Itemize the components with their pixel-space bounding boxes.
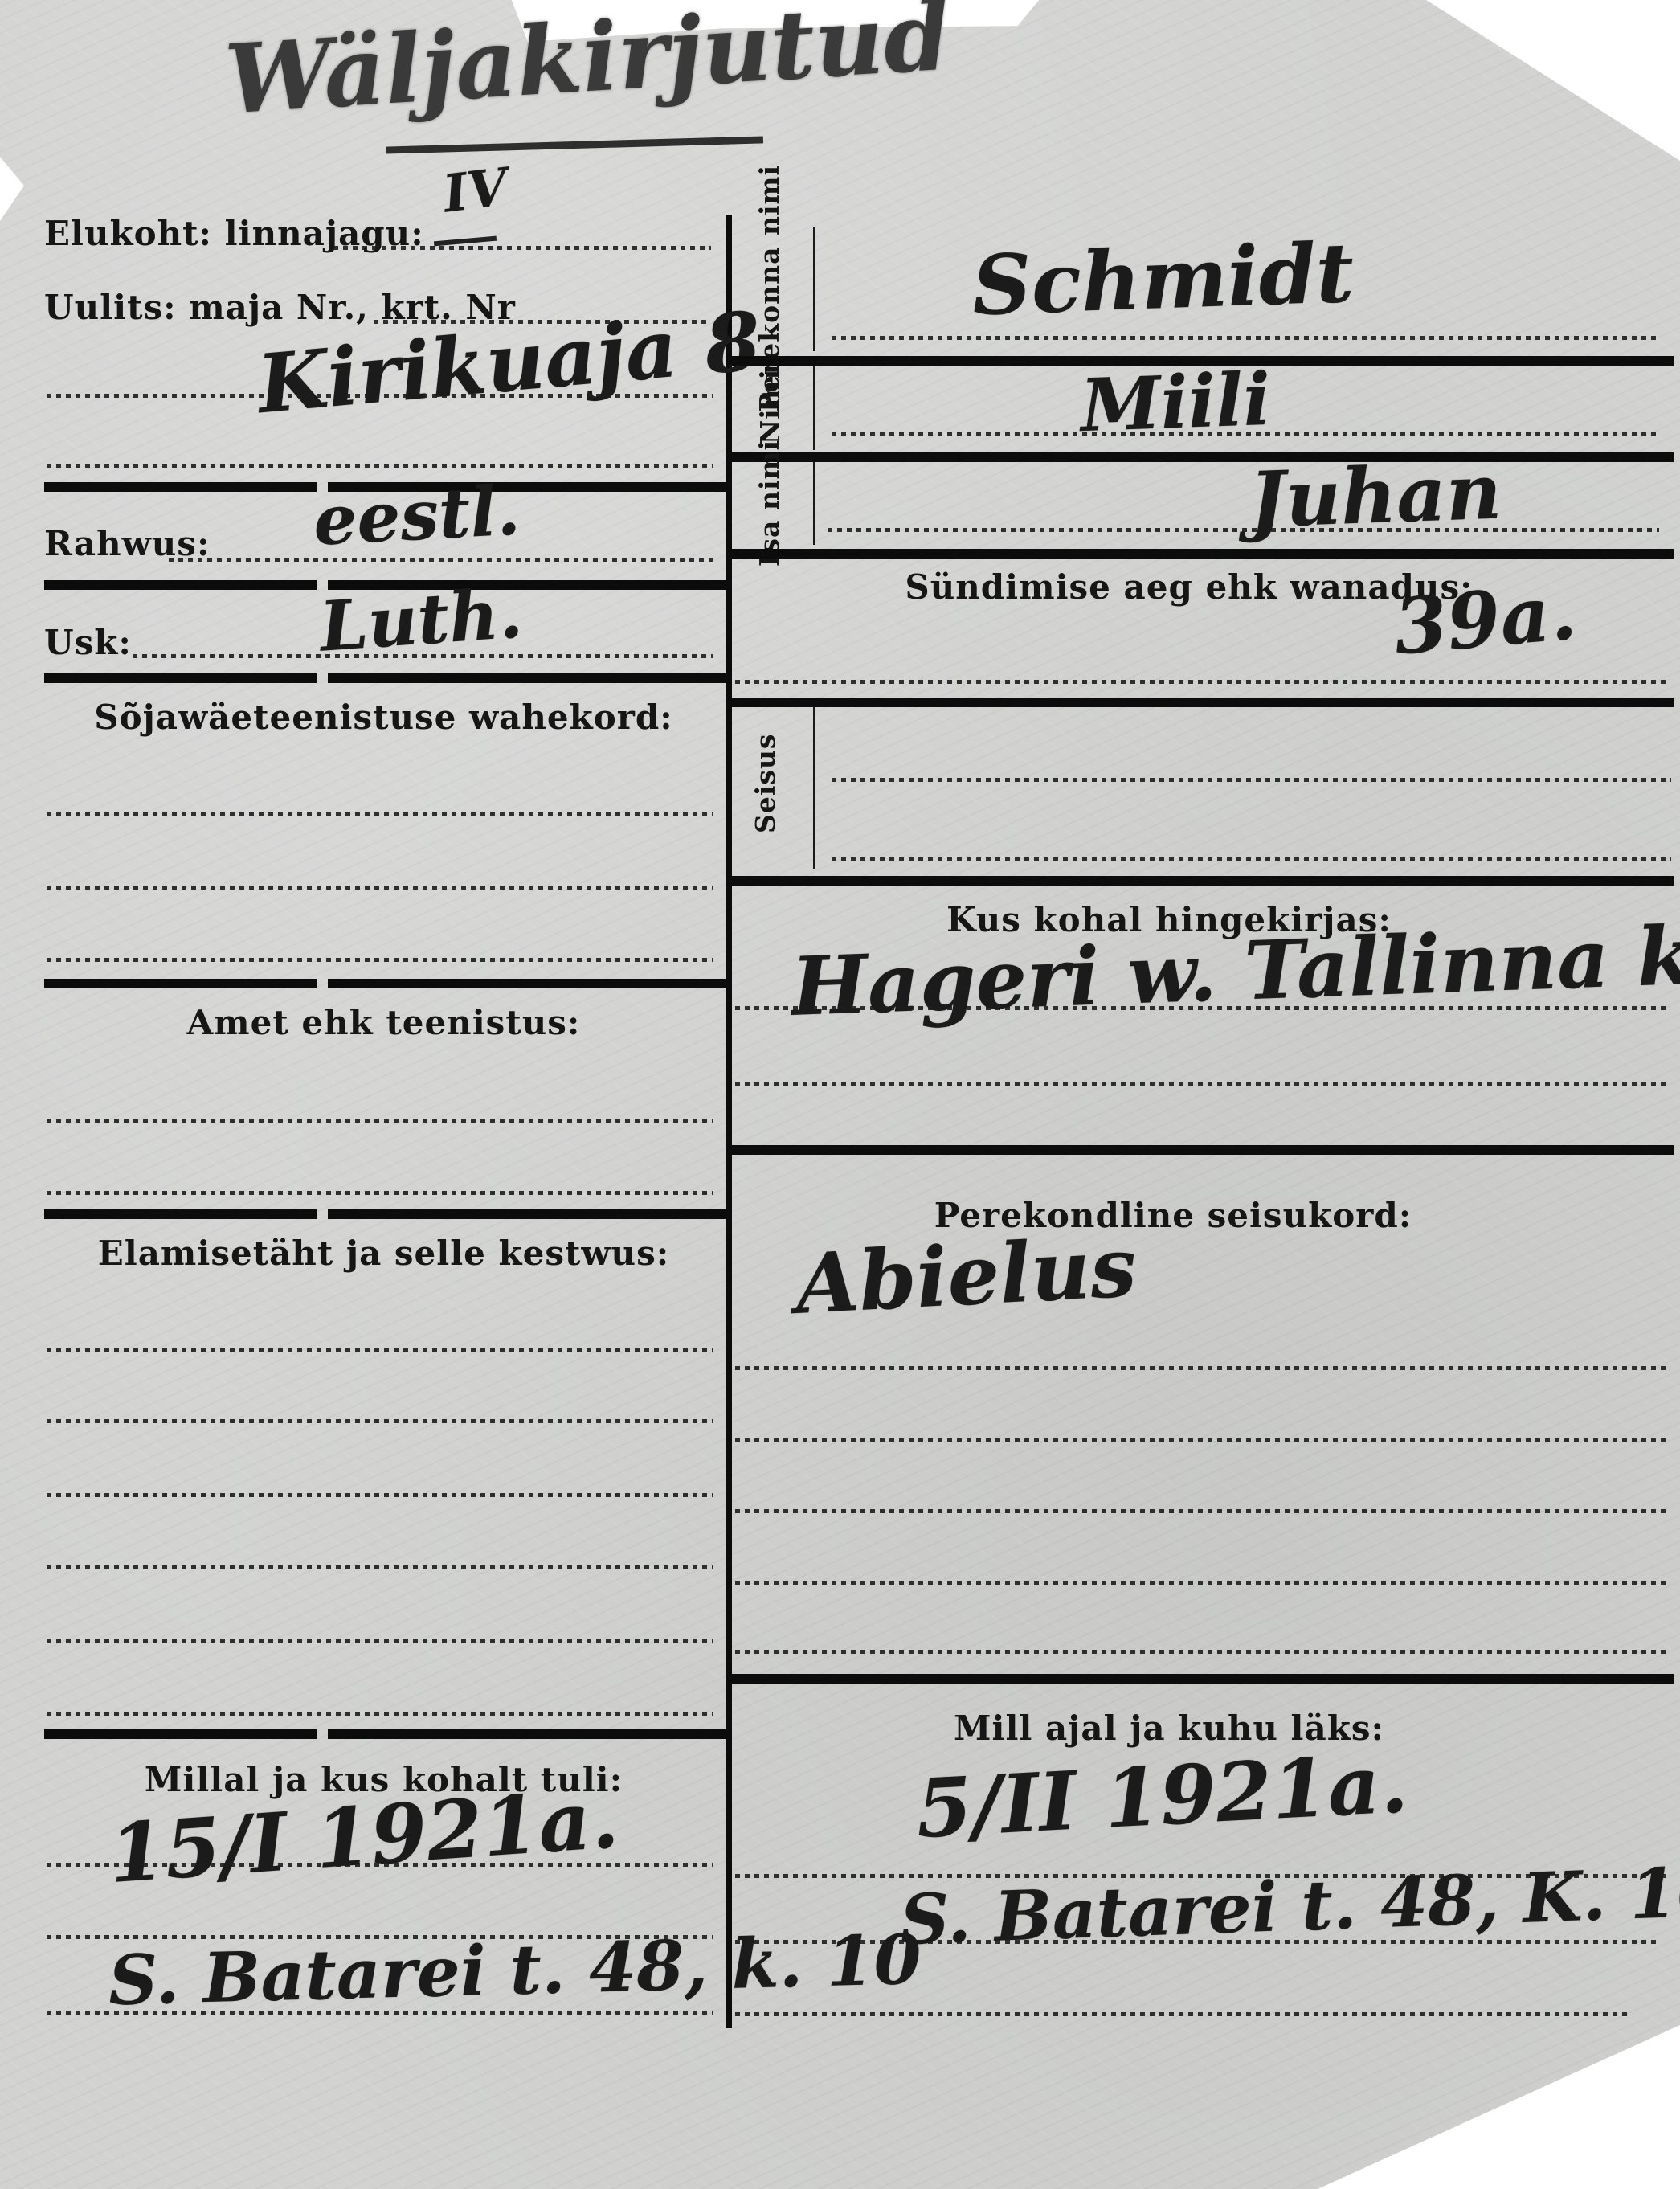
handwritten-age: 39a. — [1391, 567, 1580, 672]
handwritten-firstname: Miili — [1079, 357, 1272, 448]
handwritten-usk-value: Luth. — [317, 573, 525, 667]
row-label-perekonna-nimi: Perekonna nimi — [736, 225, 803, 352]
row-label-isa-nimi: Isa nimi — [736, 462, 803, 544]
paper-edge-top-right — [1426, 0, 1680, 161]
section-rule — [44, 1209, 726, 1219]
dotted-line — [47, 1191, 713, 1195]
dotted-line — [735, 1082, 1667, 1086]
handwritten-iv-underline — [434, 236, 497, 247]
title-underline — [386, 136, 763, 153]
dotted-line — [735, 1006, 1667, 1010]
dotted-line — [169, 558, 713, 562]
handwritten-rahwus-value: eestl. — [312, 470, 522, 561]
dotted-line — [735, 1650, 1667, 1654]
row-label-nimi: Nimi — [747, 366, 794, 448]
scanned-registration-card: Wäljakirjutud Elukoht: linnajagu: IV Uul… — [0, 0, 1680, 2189]
handwritten-surname: Schmidt — [971, 225, 1355, 335]
dotted-line — [47, 1712, 713, 1716]
section-rule — [727, 452, 1674, 462]
paper-edge-bottom-right — [1318, 2025, 1680, 2189]
dotted-line — [735, 1581, 1667, 1585]
dotted-line — [735, 2012, 1627, 2016]
dotted-line — [333, 246, 711, 250]
label-cell-divider — [813, 366, 815, 450]
section-heading-sojawae: Sõjawäeteenistuse wahekord: — [44, 698, 723, 737]
section-rule — [44, 673, 726, 683]
dotted-line — [47, 464, 713, 468]
dotted-line — [828, 528, 1659, 532]
dotted-line — [47, 1493, 713, 1497]
handwritten-title: Wäljakirjutud — [223, 0, 954, 135]
dotted-line — [47, 958, 713, 962]
section-heading-elamisetaht: Elamisetäht ja selle kestwus: — [44, 1234, 723, 1273]
dotted-line — [47, 1119, 713, 1123]
dotted-line — [735, 680, 1667, 684]
column-divider — [726, 215, 732, 2028]
dotted-line — [47, 1863, 713, 1867]
dotted-line — [735, 1940, 1659, 1944]
paper-edge-left-nick — [0, 157, 24, 221]
dotted-line — [47, 1565, 713, 1569]
dotted-line — [735, 1438, 1667, 1442]
dotted-line — [832, 857, 1671, 861]
section-rule — [727, 549, 1674, 559]
handwritten-laks-date: 5/II 1921a. — [914, 1736, 1410, 1856]
section-rule — [44, 1729, 726, 1739]
dotted-line — [832, 336, 1659, 340]
handwritten-laks-address: S. Batarei t. 48, K. 10 — [899, 1851, 1680, 1961]
dotted-line — [735, 1509, 1667, 1513]
dotted-line — [47, 1639, 713, 1643]
section-rule — [727, 876, 1674, 886]
section-heading-amet: Amet ehk teenistus: — [44, 1003, 723, 1042]
label-cell-divider — [813, 707, 815, 869]
dotted-line — [735, 1366, 1667, 1370]
section-heading-seisukord: Perekondline seisukord: — [735, 1196, 1611, 1235]
label-cell-divider — [813, 462, 815, 545]
dotted-line — [47, 394, 713, 398]
dotted-line — [47, 1419, 713, 1423]
dotted-line — [47, 1348, 713, 1352]
handwritten-linnajagu-value: IV — [440, 157, 511, 224]
label-cell-divider — [813, 227, 815, 351]
section-rule — [44, 979, 726, 988]
handwritten-father-name: Juhan — [1248, 448, 1502, 546]
row-label-nimi-text: Nimi — [755, 369, 786, 444]
dotted-line — [832, 778, 1671, 782]
handwritten-seisukord-value: Abielus — [793, 1219, 1138, 1333]
dotted-line — [47, 812, 713, 816]
section-rule — [727, 1674, 1674, 1684]
dotted-line — [47, 2011, 713, 2015]
section-heading-mill-laks: Mill ajal ja kuhu läks: — [735, 1708, 1603, 1748]
dotted-line — [47, 886, 713, 890]
row-label-seisus: Seisus — [741, 727, 791, 840]
row-label-seisus-text: Seisus — [750, 734, 781, 834]
section-rule — [727, 1145, 1674, 1155]
row-label-isa-line2: nimi — [754, 440, 785, 510]
section-rule — [727, 698, 1674, 707]
row-label-isa-line1: Isa — [754, 520, 785, 567]
row-label-perekonna-line2: nimi — [754, 165, 785, 235]
field-label-usk: Usk: — [44, 623, 132, 662]
